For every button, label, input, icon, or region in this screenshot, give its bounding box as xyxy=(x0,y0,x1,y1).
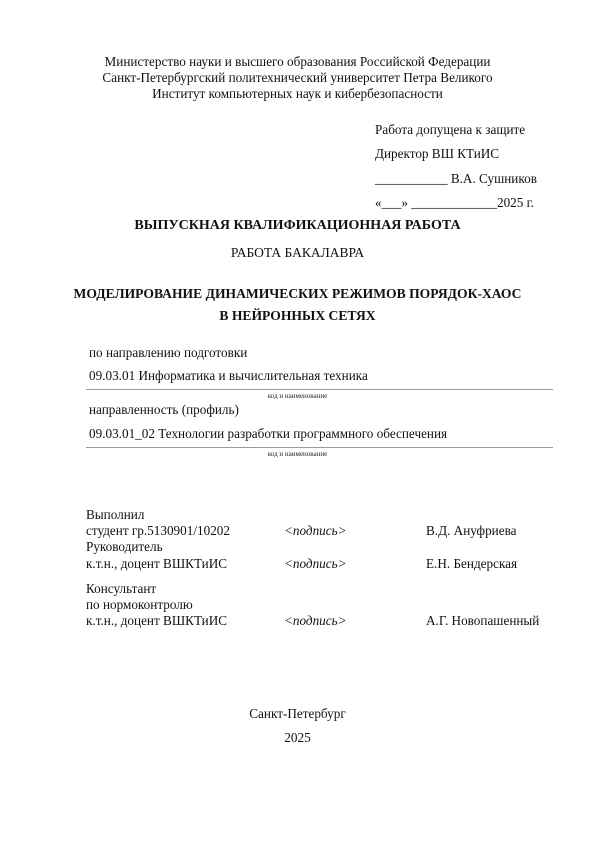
approval-date-line: «___» _____________2025 г. xyxy=(375,195,534,211)
ministry-name: Министерство науки и высшего образования… xyxy=(0,54,595,70)
student-role: Выполнил xyxy=(86,507,144,523)
student-name: В.Д. Ануфриева xyxy=(426,523,516,539)
year: 2025 xyxy=(0,730,595,746)
supervisor-role: Руководитель xyxy=(86,539,163,555)
topic-title-line2: В НЕЙРОННЫХ СЕТЯХ xyxy=(0,308,595,324)
consultant-name: А.Г. Новопашенный xyxy=(426,613,539,629)
work-subtype: РАБОТА БАКАЛАВРА xyxy=(0,245,595,261)
supervisor-name: Е.Н. Бендерская xyxy=(426,556,517,572)
institute-name: Институт компьютерных наук и кибербезопа… xyxy=(0,86,595,102)
supervisor-signature: <подпись> xyxy=(284,556,347,572)
director-title: Директор ВШ КТиИС xyxy=(375,146,499,162)
profile-underline xyxy=(86,447,553,448)
approval-line: Работа допущена к защите xyxy=(375,122,525,138)
topic-title-line1: МОДЕЛИРОВАНИЕ ДИНАМИЧЕСКИХ РЕЖИМОВ ПОРЯД… xyxy=(0,286,595,302)
university-name: Санкт-Петербургский политехнический унив… xyxy=(0,70,595,86)
supervisor-title: к.т.н., доцент ВШКТиИС xyxy=(86,556,227,572)
direction-underline xyxy=(86,389,553,390)
direction-label: по направлению подготовки xyxy=(89,345,247,361)
direction-value: 09.03.01 Информатика и вычислительная те… xyxy=(89,368,368,384)
city: Санкт-Петербург xyxy=(0,706,595,722)
consultant-area: по нормоконтролю xyxy=(86,597,193,613)
consultant-role: Консультант xyxy=(86,581,156,597)
consultant-title: к.т.н., доцент ВШКТиИС xyxy=(86,613,227,629)
student-signature: <подпись> xyxy=(284,523,347,539)
profile-label: направленность (профиль) xyxy=(89,402,239,418)
direction-caption: код и наименование xyxy=(0,392,595,400)
consultant-signature: <подпись> xyxy=(284,613,347,629)
student-group: студент гр.5130901/10202 xyxy=(86,523,230,539)
work-type-title: ВЫПУСКНАЯ КВАЛИФИКАЦИОННАЯ РАБОТА xyxy=(0,218,595,234)
director-signature-line: ___________ В.А. Сушников xyxy=(375,171,537,187)
profile-value: 09.03.01_02 Технологии разработки програ… xyxy=(89,426,447,442)
profile-caption: код и наименование xyxy=(0,450,595,458)
